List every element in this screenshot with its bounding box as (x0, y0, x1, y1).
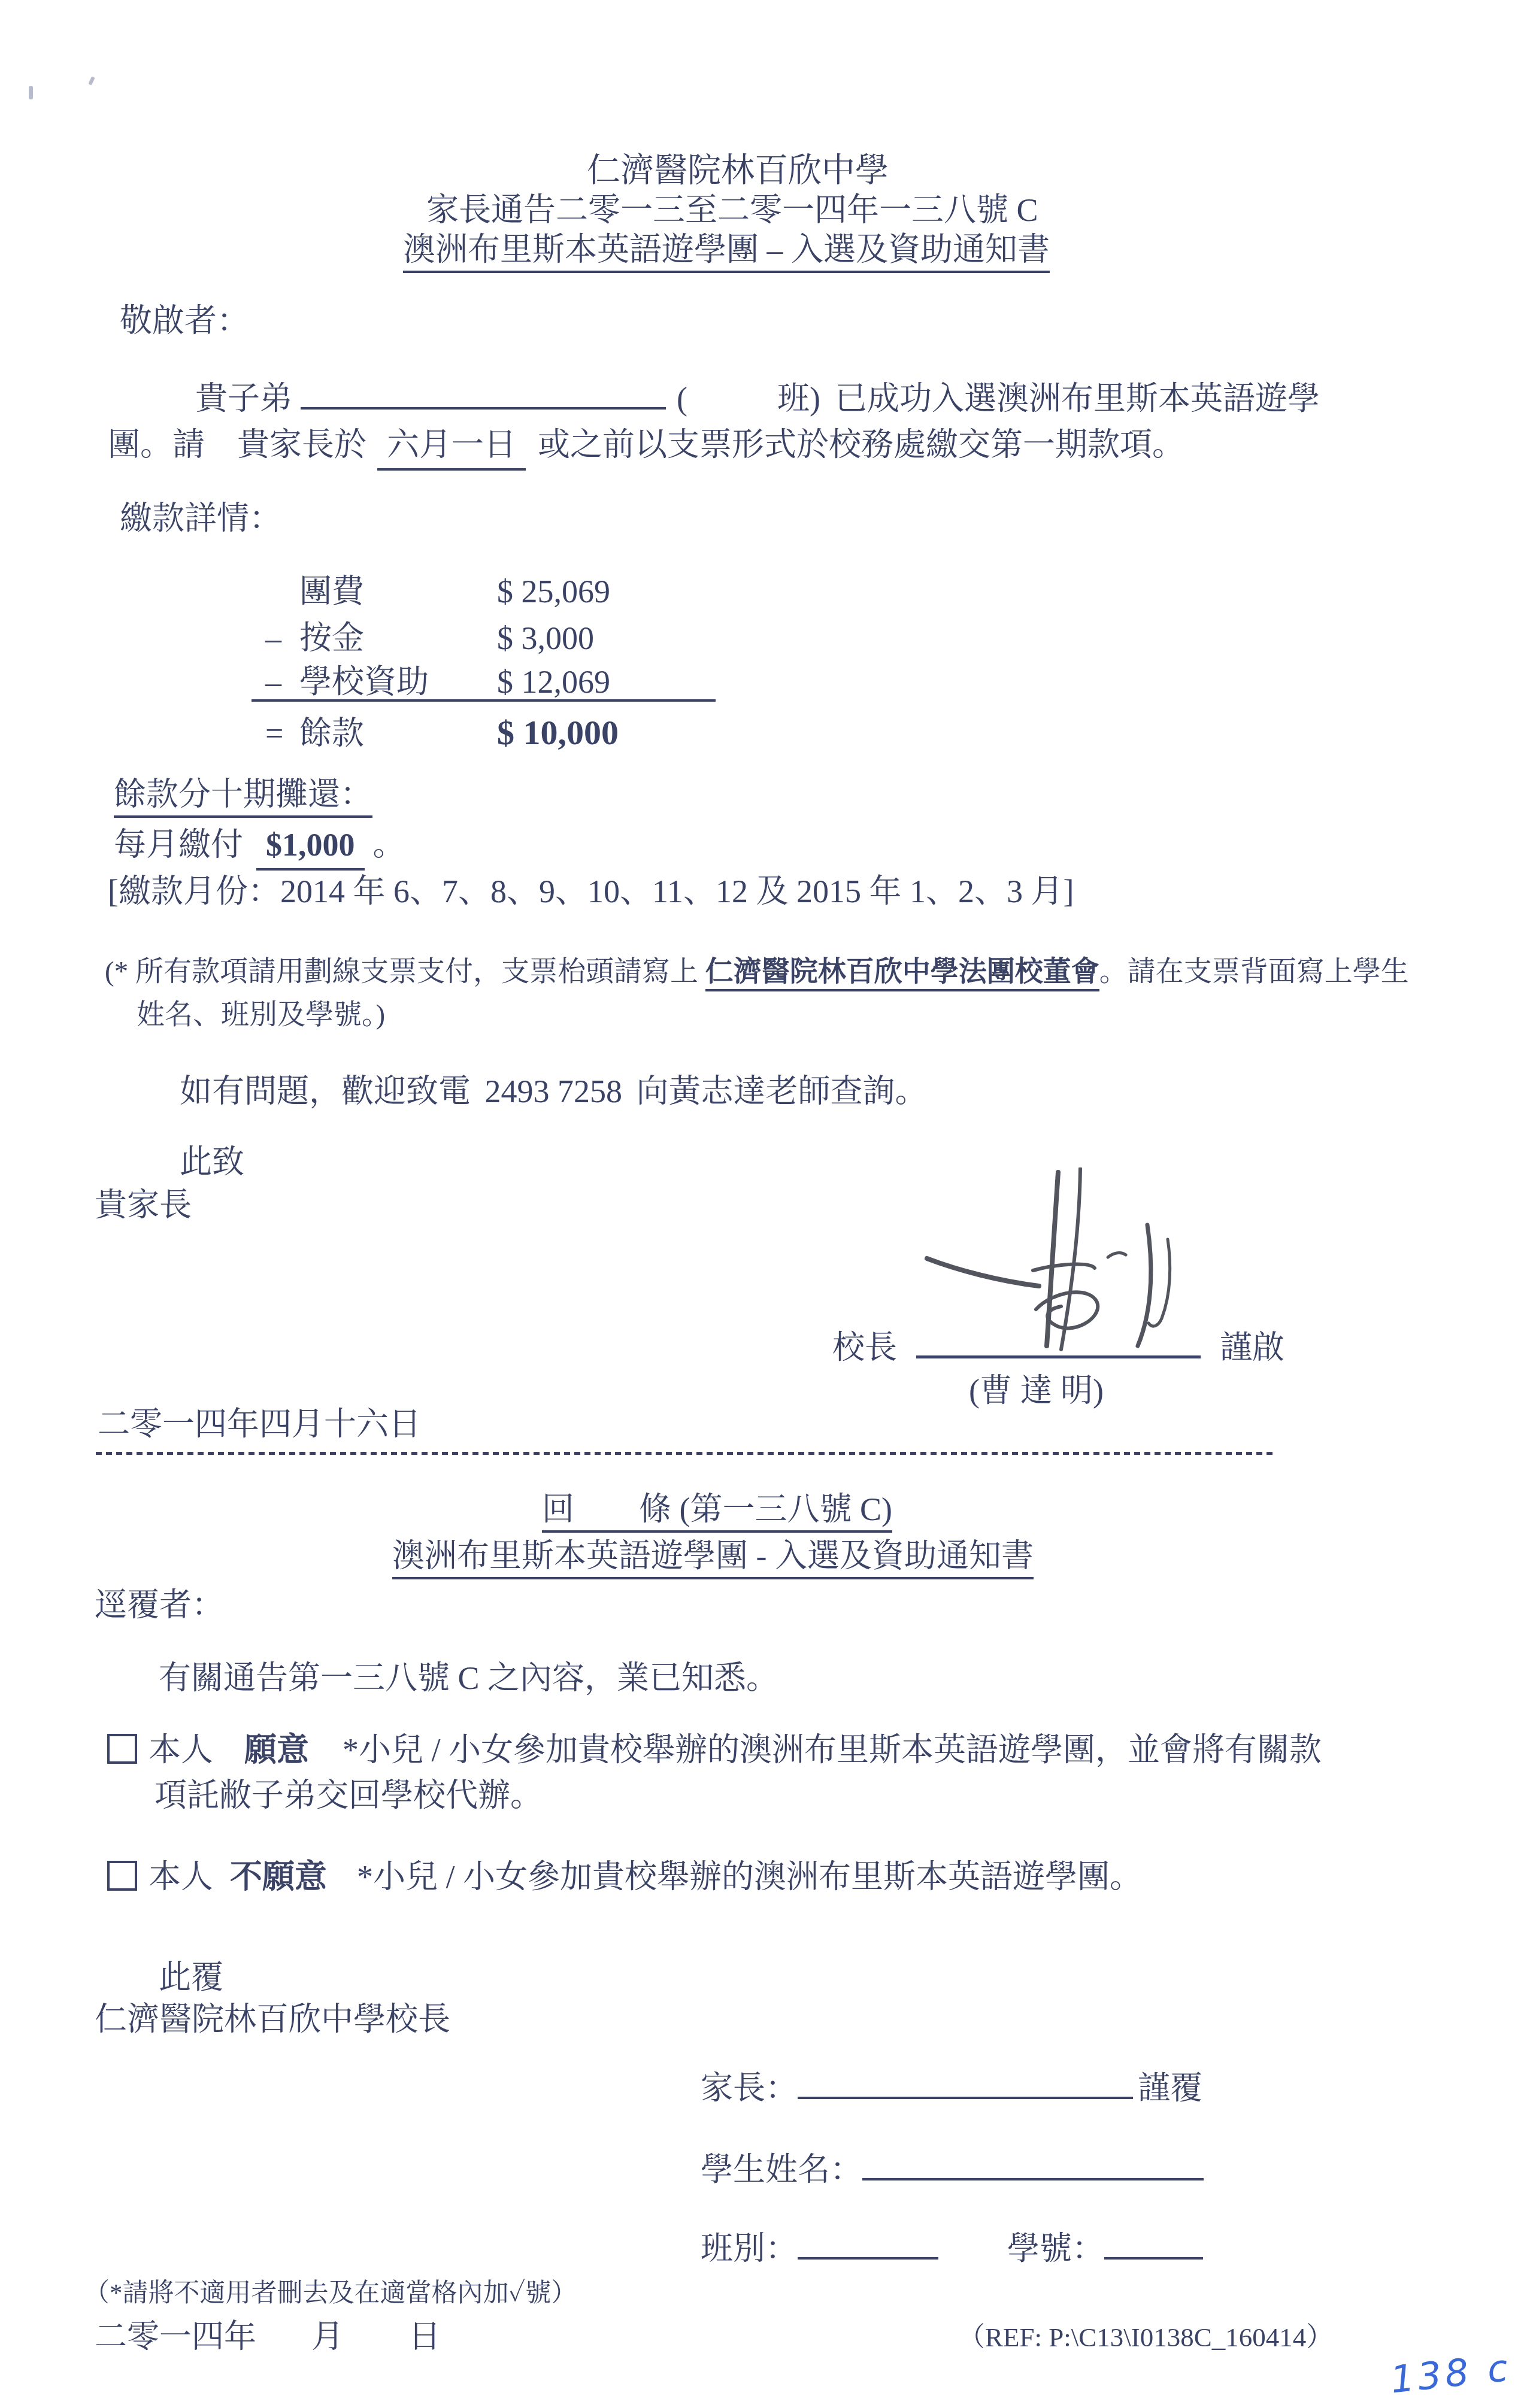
student-no-field: 學號： (1007, 2226, 1203, 2269)
fee-label: 團費 (299, 573, 497, 611)
subsidy-label: 學校資助 (299, 663, 497, 702)
principal-honorific: 謹啟 (1220, 1329, 1284, 1367)
cheque-note-line2: 姓名、班別及學號。) (137, 999, 385, 1032)
cheque-note-suffix: 。請在支票背面寫上學生 (1099, 956, 1409, 987)
class-field: 班別： (701, 2226, 938, 2269)
reply-slip-subtitle: 澳洲布里斯本英語遊學團 - 入選及資助通知書 (392, 1537, 1034, 1576)
open-paren: ( (677, 380, 687, 418)
monthly-amount: $1,000 (256, 826, 365, 871)
acknowledgement-line: 有關通告第一三八號 C 之內容，業已知悉。 (159, 1660, 778, 1698)
para1-rest: 已成功入選澳洲布里斯本英語遊學 (835, 380, 1320, 418)
tear-off-divider (96, 1452, 1275, 1455)
contact-suffix: 向黃志達老師查詢。 (628, 1073, 928, 1109)
parent-signature-blank (798, 2066, 1133, 2099)
class-label: 班別： (701, 2230, 798, 2269)
monthly-prefix: 每月繳付 (114, 826, 243, 865)
contact-line: 如有問題，歡迎致電 2493 7258 向黃志達老師查詢。 (180, 1073, 928, 1111)
deposit-value: $ 3,000 (497, 620, 594, 656)
balance-value: $ 10,000 (497, 713, 619, 752)
cheque-note-prefix: (* 所有款項請用劃線支票支付，支票枱頭請寫上 (105, 956, 705, 987)
student-name-label: 學生姓名： (701, 2151, 862, 2189)
handwritten-code: 138 c (1389, 2346, 1514, 2402)
payment-row-fee: 團費$ 25,069 (265, 573, 610, 611)
deadline-underlined: 六月一日 (377, 426, 526, 471)
para1-line2: 團。請 貴家長於 六月一日 或之前以支票形式於校務處繳交第一期款項。 (108, 426, 1184, 471)
payment-months-line: [繳款月份：2014 年 6、7、8、9、10、11、12 及 2015 年 1… (108, 873, 1074, 911)
reply-closing: 此覆 (159, 1959, 223, 1997)
reply-date-day: 日 (408, 2318, 441, 2357)
reply-date-month: 月 (311, 2318, 344, 2357)
option-unwilling-line1: 本人 不願意 *小兒 / 小女參加貴校舉辦的澳洲布里斯本英語遊學團。 (149, 1858, 1142, 1897)
cheque-note-line1: (* 所有款項請用劃線支票支付，支票枱頭請寫上 仁濟醫院林百欣中學法團校董會。請… (105, 956, 1409, 988)
class-blank2 (798, 2226, 938, 2260)
payment-row-subsidy: –學校資助$ 12,069 (265, 663, 610, 702)
subsidy-value: $ 12,069 (497, 664, 610, 700)
parent-honorific: 謹覆 (1138, 2070, 1202, 2108)
payment-row-balance: =餘款$ 10,000 (265, 712, 619, 753)
payment-sum-line (252, 699, 716, 702)
scan-artifact (29, 86, 33, 99)
reply-salutation: 逕覆者： (95, 1587, 224, 1625)
contact-phone: 2493 7258 (479, 1073, 629, 1109)
fee-value: $ 25,069 (497, 574, 610, 609)
row-op: = (265, 715, 299, 753)
payment-row-deposit: –按金$ 3,000 (265, 620, 594, 658)
payment-details-label: 繳款詳情： (120, 500, 281, 538)
salutation: 敬啟者： (120, 302, 249, 341)
letter-date: 二零一四年四月十六日 (98, 1406, 421, 1444)
subject-line-text: 澳洲布里斯本英語遊學團 – 入選及資助通知書 (403, 232, 1050, 273)
option-choice-willing: 願意 (244, 1731, 309, 1770)
option-choice-unwilling: 不願意 (230, 1858, 327, 1897)
unwilling-checkbox (107, 1861, 137, 1891)
school-name: 仁濟醫院林百欣中學 (587, 151, 889, 190)
para1-line2-before: 團。請 貴家長於 (108, 426, 366, 465)
scan-artifact (88, 76, 95, 85)
student-no-label: 學號： (1007, 2230, 1104, 2269)
student-no-blank (1104, 2226, 1203, 2260)
principal-name: (曹 達 明) (969, 1372, 1104, 1411)
reply-date-line: 二零一四年 月 日 (95, 2318, 441, 2357)
option-text: *小兒 / 小女參加貴校舉辦的澳洲布里斯本英語遊學團，並會將有關款 (343, 1731, 1322, 1770)
parent-signature-field: 家長： 謹覆 (701, 2066, 1202, 2108)
balance-label: 餘款 (299, 715, 497, 753)
reply-slip-title: 回 條 (第一三八號 C) (542, 1491, 892, 1529)
monthly-suffix: 。 (373, 826, 405, 865)
monthly-payment-line: 每月繳付 $1,000 。 (114, 826, 405, 871)
class-word: 班) (777, 380, 820, 418)
willing-checkbox (107, 1734, 137, 1764)
notice-number-line: 家長通告二零一三至二零一四年一三八號 C (426, 192, 1038, 230)
deposit-label: 按金 (299, 620, 497, 658)
row-op: – (265, 663, 299, 702)
student-name-blank (301, 376, 666, 410)
document-page: 仁濟醫院林百欣中學 家長通告二零一三至二零一四年一三八號 C 澳洲布里斯本英語遊… (0, 0, 1527, 2408)
student-name-field: 學生姓名： (701, 2147, 1204, 2189)
closing-recipient: 貴家長 (95, 1187, 192, 1225)
reply-addressee: 仁濟醫院林百欣中學校長 (95, 2001, 450, 2039)
option-text: *小兒 / 小女參加貴校舉辦的澳洲布里斯本英語遊學團。 (357, 1858, 1142, 1897)
parent-label: 家長： (701, 2070, 798, 2108)
para1-line1: 貴子弟 ( 班) 已成功入選澳洲布里斯本英語遊學 (195, 376, 1320, 418)
option-willing-line1: 本人 願意 *小兒 / 小女參加貴校舉辦的澳洲布里斯本英語遊學團，並會將有關款 (149, 1731, 1322, 1770)
para1-line2-after: 或之前以支票形式於校務處繳交第一期款項。 (538, 426, 1184, 465)
para1-prefix: 貴子弟 (195, 380, 292, 418)
student-name-blank2 (862, 2147, 1204, 2180)
payee-name: 仁濟醫院林百欣中學法團校董會 (705, 956, 1099, 991)
reply-date-year: 二零一四年 (95, 2318, 256, 2357)
principal-label: 校長 (832, 1329, 897, 1367)
option-pronoun: 本人 (149, 1858, 213, 1897)
option-willing-line2: 項託敝子弟交回學校代辦。 (154, 1777, 543, 1815)
row-op: – (265, 620, 299, 658)
principal-signature-line (916, 1324, 1201, 1358)
reply-footnote: （*請將不適用者刪去及在適當格內加✓號） (84, 2279, 577, 2309)
option-pronoun: 本人 (149, 1731, 213, 1770)
closing-salute: 此致 (180, 1144, 244, 1182)
subject-line: 澳洲布里斯本英語遊學團 – 入選及資助通知書 (403, 231, 1050, 269)
installment-heading: 餘款分十期攤還： (114, 776, 372, 814)
contact-prefix: 如有問題，歡迎致電 (180, 1073, 479, 1109)
ref-number: （REF: P:\C13\I0138C_160414） (958, 2322, 1333, 2354)
principal-sign-row: 校長 謹啟 (832, 1324, 1284, 1367)
